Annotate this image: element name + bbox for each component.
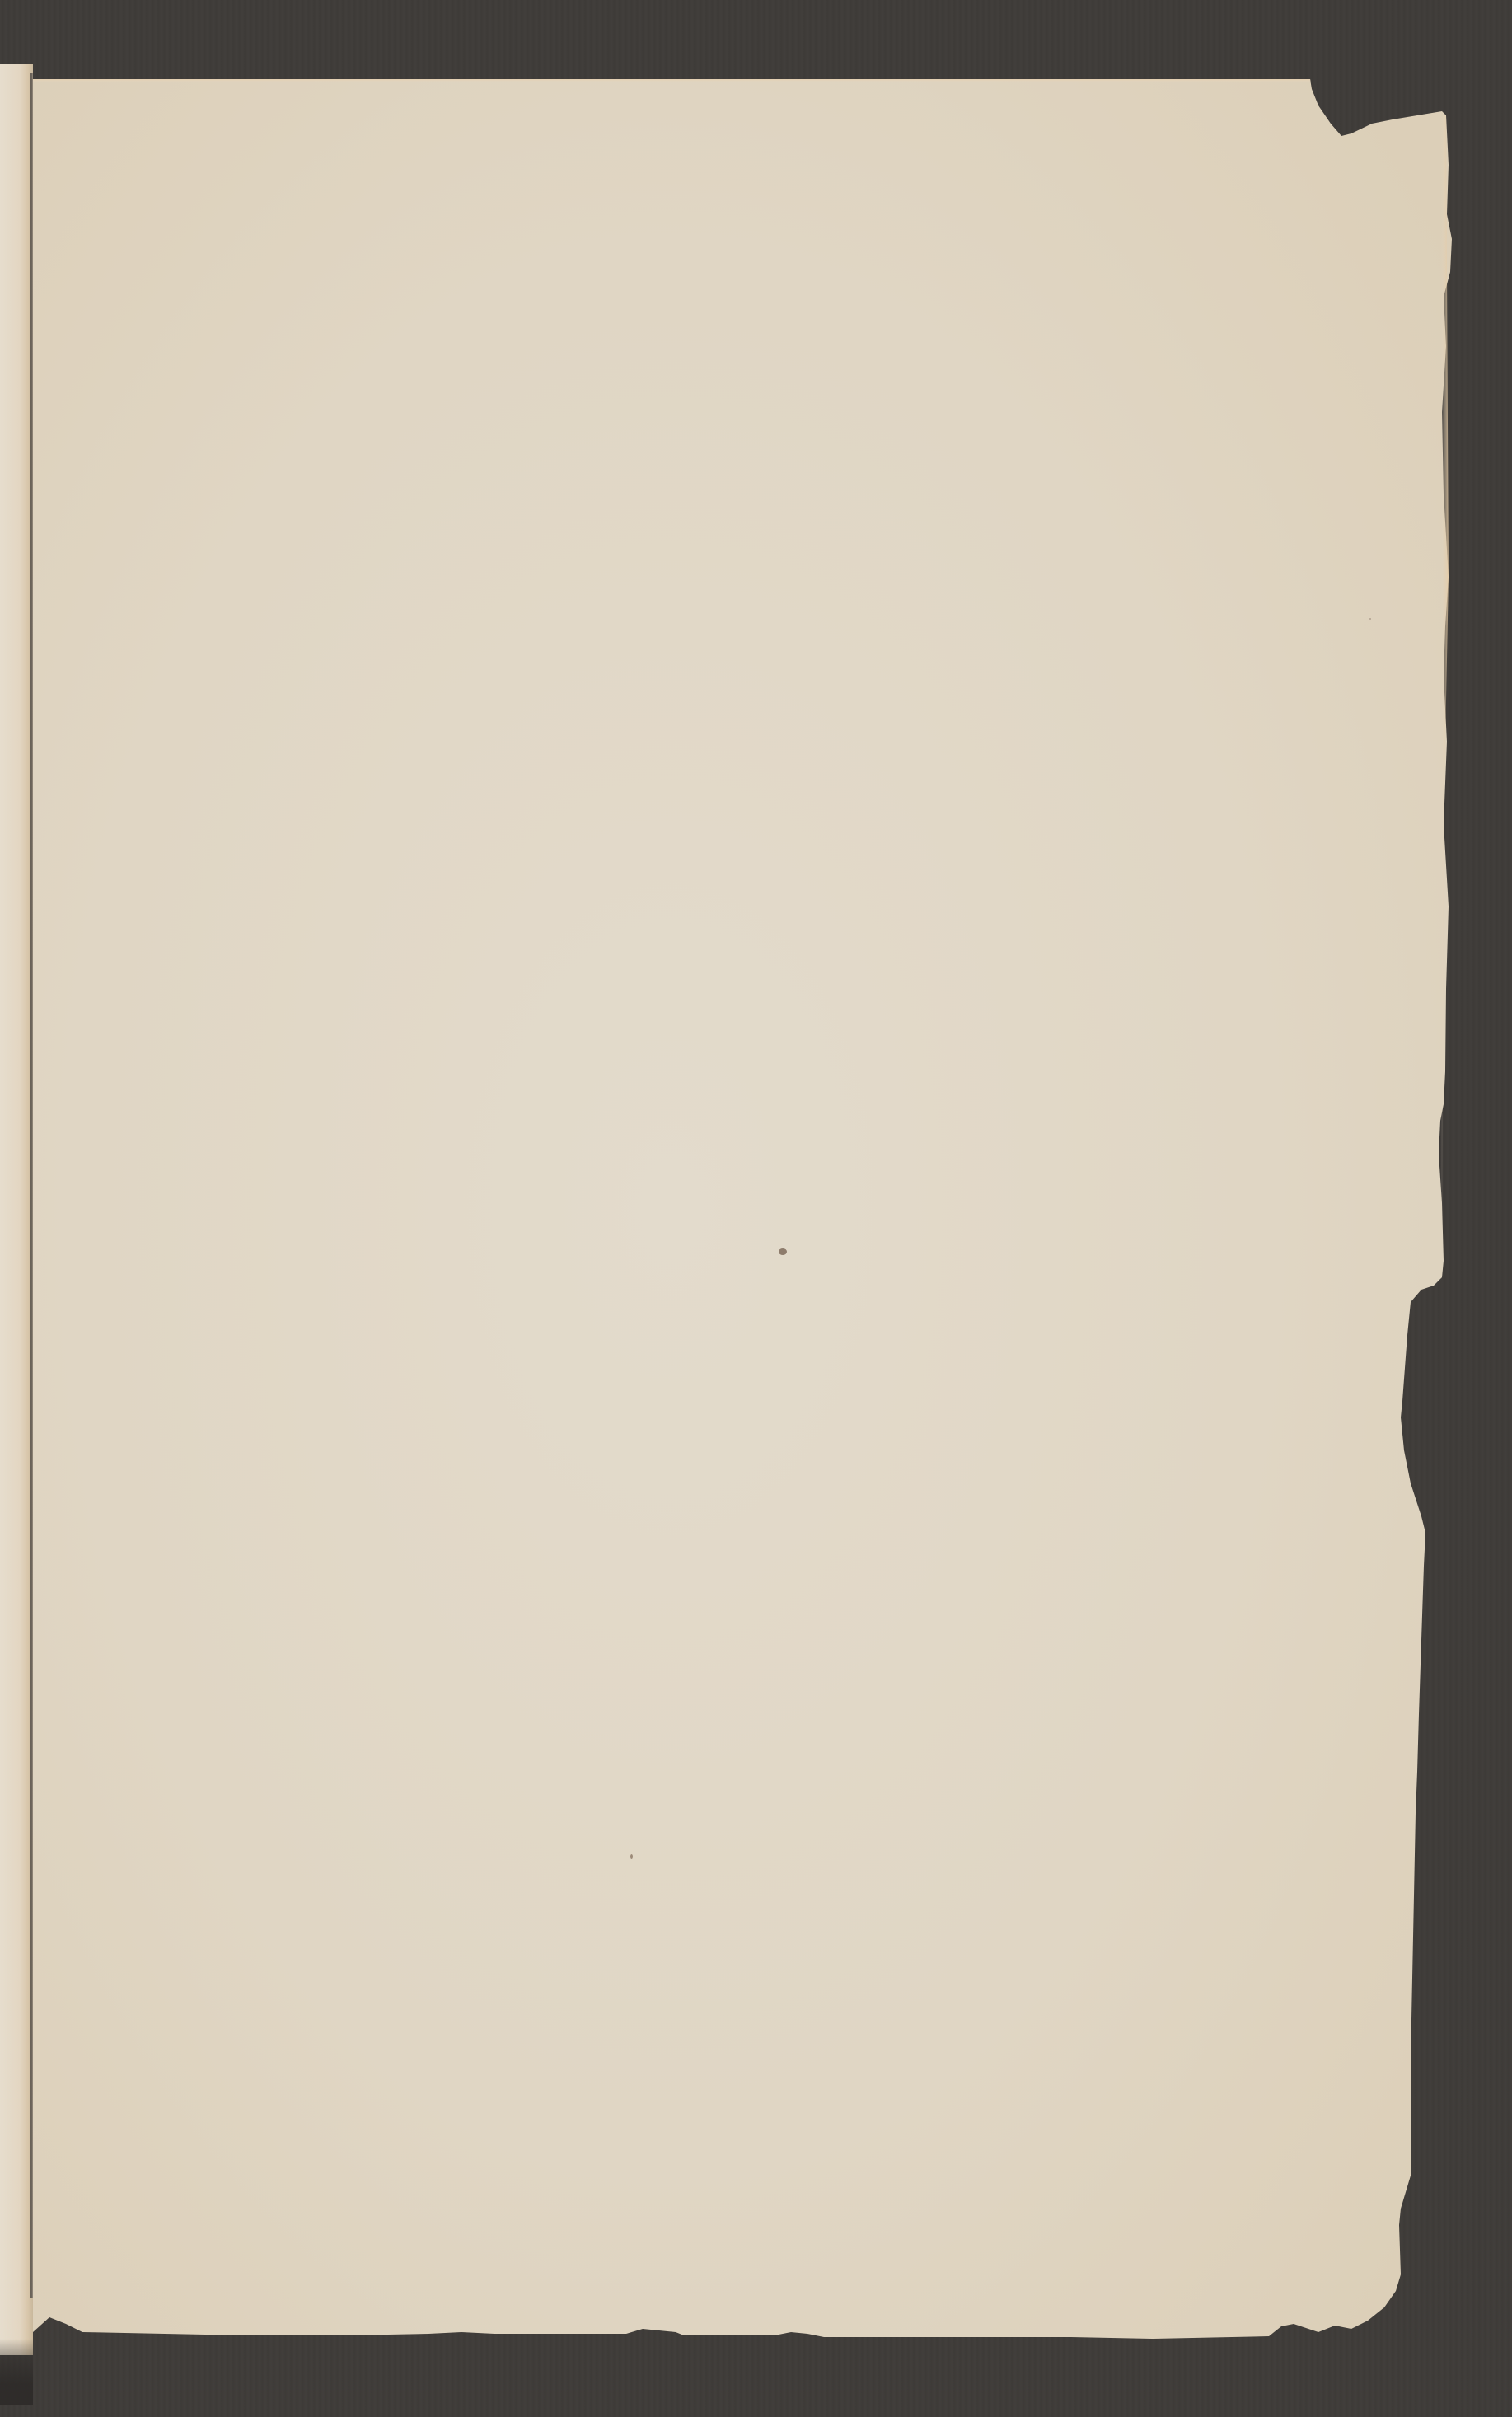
scan-background [0, 0, 1512, 2417]
paper-speck [779, 1248, 787, 1255]
paper-speck [1369, 618, 1371, 620]
blank-page [0, 0, 1512, 2417]
gutter-line [30, 73, 33, 2298]
paper-speck [630, 1854, 633, 1859]
paper-sheet [33, 79, 1452, 2339]
